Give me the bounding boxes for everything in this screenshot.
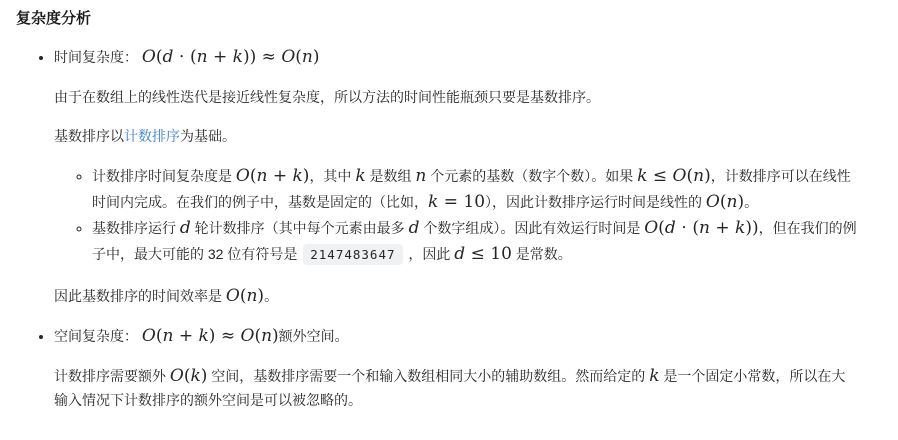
text-run: 额外空间。 bbox=[279, 328, 349, 344]
text-run: 因此基数排序的时间效率是 bbox=[54, 288, 226, 304]
article-content: 复杂度分析 时间复杂度： O(d ⋅ (n + k)) ≈ O(n) 由于在数组… bbox=[0, 0, 898, 412]
text-run: 空间，基数排序需要一个和输入数组相同大小的辅助数组。然而给定的 bbox=[207, 368, 649, 384]
text-run: 时间复杂度： bbox=[54, 49, 142, 65]
text-run: 由于在数组上的线性迭代是接近线性复杂度，所以方法的时间性能瓶颈只要是基数排序。 bbox=[54, 89, 600, 105]
section-title: 复杂度分析 bbox=[16, 8, 858, 30]
space-complexity-line: 空间复杂度： O(n + k) ≈ O(n)额外空间。 bbox=[54, 323, 858, 349]
radix-rounds-item: 基数排序运行 d 轮计数排序（其中每个元素由最多 d 个数字组成）。因此有效运行… bbox=[92, 215, 858, 268]
text-run: 个数字组成）。因此有效运行时间是 bbox=[419, 220, 644, 236]
time-complexity-item: 时间复杂度： O(d ⋅ (n + k)) ≈ O(n) 由于在数组上的线性迭代… bbox=[54, 44, 858, 308]
math-expression: O(n) bbox=[706, 192, 744, 212]
para-radix-efficiency: 因此基数排序的时间效率是 O(n)。 bbox=[54, 284, 858, 308]
math-expression: O(d ⋅ (n + k)) bbox=[644, 218, 758, 238]
math-expression: k = 10 bbox=[428, 192, 485, 212]
math-expression: k ≤ O(n) bbox=[637, 166, 711, 186]
text-run: 轮计数排序（其中每个元素由最多 bbox=[191, 220, 409, 236]
text-run: 基数排序运行 bbox=[92, 220, 180, 236]
math-expression: d ≤ 10 bbox=[454, 244, 512, 264]
math-expression: d bbox=[409, 218, 420, 238]
time-complexity-line: 时间复杂度： O(d ⋅ (n + k)) ≈ O(n) bbox=[54, 44, 858, 70]
para-extra-space: 计数排序需要额外 O(k) 空间，基数排序需要一个和输入数组相同大小的辅助数组。… bbox=[54, 364, 858, 412]
math-expression: O(n + k) ≈ O(n) bbox=[142, 326, 279, 346]
math-expression: d bbox=[180, 218, 191, 238]
text-run: 基数排序以 bbox=[54, 128, 124, 144]
text-run: 是常数。 bbox=[512, 246, 572, 262]
space-complexity-item: 空间复杂度： O(n + k) ≈ O(n)额外空间。 计数排序需要额外 O(k… bbox=[54, 323, 858, 412]
counting-sort-link[interactable]: 计数排序 bbox=[124, 128, 180, 144]
text-run: ），因此计数排序运行时间是线性的 bbox=[485, 194, 706, 210]
text-run: 计数排序时间复杂度是 bbox=[92, 168, 236, 184]
math-expression: O(d ⋅ (n + k)) ≈ O(n) bbox=[142, 47, 320, 67]
math-expression: n bbox=[415, 166, 426, 186]
math-expression: k bbox=[355, 166, 365, 186]
inline-code: 2147483647 bbox=[303, 244, 402, 265]
math-expression: O(n) bbox=[226, 286, 264, 306]
para-radix-based: 基数排序以计数排序为基础。 bbox=[54, 124, 858, 148]
text-run: ，因此 bbox=[405, 246, 455, 262]
math-expression: k bbox=[649, 366, 659, 386]
text-run: 是数组 bbox=[366, 168, 416, 184]
text-run: ，其中 bbox=[309, 168, 355, 184]
text-run: 计数排序需要额外 bbox=[54, 368, 170, 384]
counting-sort-sublist: 计数排序时间复杂度是 O(n + k)，其中 k 是数组 n 个元素的基数（数字… bbox=[54, 163, 858, 268]
math-expression: O(k) bbox=[170, 366, 208, 386]
math-expression: O(n + k) bbox=[236, 166, 310, 186]
para-linear-iteration: 由于在数组上的线性迭代是接近线性复杂度，所以方法的时间性能瓶颈只要是基数排序。 bbox=[54, 85, 858, 109]
text-run: 。 bbox=[264, 288, 278, 304]
text-run: 为基础。 bbox=[180, 128, 236, 144]
text-run: 个元素的基数（数字个数）。如果 bbox=[426, 168, 637, 184]
text-run: 空间复杂度： bbox=[54, 328, 142, 344]
counting-sort-complexity-item: 计数排序时间复杂度是 O(n + k)，其中 k 是数组 n 个元素的基数（数字… bbox=[92, 163, 858, 215]
text-run: 。 bbox=[744, 194, 758, 210]
complexity-list: 时间复杂度： O(d ⋅ (n + k)) ≈ O(n) 由于在数组上的线性迭代… bbox=[16, 44, 858, 412]
